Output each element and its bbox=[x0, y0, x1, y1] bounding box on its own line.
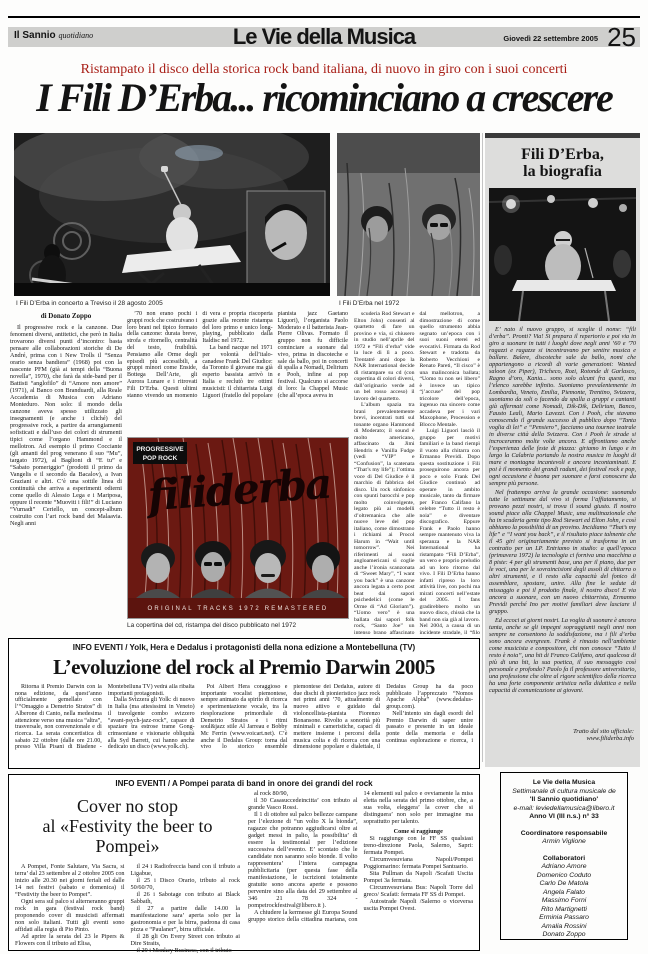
masthead-email: e-mail: leviedellamusica@libero.it bbox=[501, 805, 627, 814]
biography-text: E’ nato il nuovo gruppo, si sceglie il n… bbox=[489, 326, 636, 726]
article-text-left: Il progressive rock e la canzone. Due fe… bbox=[10, 324, 122, 527]
byline: di Donato Zoppo bbox=[10, 313, 122, 320]
biography-box: Fili D’Erba, la biografia E’ nato i bbox=[485, 133, 640, 767]
pompei-info-bar: INFO EVENTI / A Pompei parata di band in… bbox=[9, 775, 479, 788]
article-column-middle: ’70 non erano pochi i gruppi rock che co… bbox=[127, 311, 348, 435]
cover-badge-line2: POP ROCK bbox=[143, 455, 178, 462]
masthead-paper: 'Il Sannio quotidiano' bbox=[501, 796, 627, 805]
concert-photo-art bbox=[14, 133, 330, 296]
darwin-info-bar: INFO EVENTI / Yolk, Hera e Dedalus i pro… bbox=[9, 639, 479, 652]
directions-list: Si raggiunge con le FF SS qualsiasi tren… bbox=[364, 835, 474, 912]
coordinator-label: Coordinatore responsabile bbox=[501, 830, 627, 839]
collaborator-name: Adriano Amore bbox=[501, 863, 627, 872]
band-1972-photo-art bbox=[337, 133, 480, 296]
darwin-headline: L’evoluzione del rock al Premio Darwin 2… bbox=[9, 655, 479, 680]
biography-title-line2: la biografia bbox=[485, 163, 640, 180]
album-cover-caption: La copertina del cd, ristampa del disco … bbox=[127, 622, 357, 629]
cover-badge-line1: PROGRESSIVE bbox=[136, 446, 184, 453]
directions-title: Come si raggiunge bbox=[364, 828, 474, 835]
collaborator-name: Donato Zoppo bbox=[501, 931, 627, 940]
main-headline: I Fili D’Erba... ricominciano a crescere bbox=[0, 74, 648, 121]
collaborator-name: Carlo De Matola bbox=[501, 880, 627, 889]
band-photo-caption: I Fili D’Erba nel 1972 bbox=[339, 300, 399, 307]
masthead-subtitle: Settimanale di cultura musicale de bbox=[501, 788, 627, 797]
pompei-headline-line2: al «Festivity the beer to Pompei» bbox=[15, 816, 240, 856]
darwin-body: Ritorna il Premio Darwin con la nona edi… bbox=[15, 684, 473, 756]
pompei-headline-line1: Cover no stop bbox=[15, 796, 240, 816]
collaborator-name: Erminia Passaro bbox=[501, 914, 627, 923]
biography-credit: Tratto dal sito ufficiale: www.filiderba… bbox=[491, 728, 634, 742]
biography-photo bbox=[489, 188, 636, 321]
biography-credit-url: www.filiderba.info bbox=[491, 735, 634, 742]
coordinator-name: Armin Viglione bbox=[501, 838, 627, 847]
pompei-event-box: INFO EVENTI / A Pompei parata di band in… bbox=[8, 774, 480, 951]
article-column-right: scuderia Rod Stewart e Elton John) conse… bbox=[354, 311, 480, 637]
collaborator-name: Rito Martignetti bbox=[501, 906, 627, 915]
concert-photo-caption: I Fili D’Erba in concerto a Treviso il 2… bbox=[16, 300, 163, 307]
cover-bottom-text: ORIGINAL TRACKS 1972 REMASTERED bbox=[148, 606, 329, 612]
collaborator-name: Massimo Forni bbox=[501, 897, 627, 906]
article-column-left: di Donato Zoppo Il progressive rock e la… bbox=[10, 311, 122, 579]
page-number: 25 bbox=[607, 22, 636, 53]
masthead-box: Le Vie della Musica Settimanale di cultu… bbox=[500, 772, 628, 940]
pompei-headline: Cover no stop al «Festivity the beer to … bbox=[15, 796, 240, 856]
pompei-left-half: Cover no stop al «Festivity the beer to … bbox=[15, 790, 240, 954]
collaborator-name: Domenico Coduto bbox=[501, 872, 627, 881]
concert-photo bbox=[14, 133, 330, 296]
album-cover-art: PROGRESSIVE POP ROCK filiderba ORIGINAL … bbox=[128, 438, 348, 618]
collaborator-name: Amalia Rossini bbox=[501, 923, 627, 932]
column-divider bbox=[482, 133, 483, 762]
collaborators-label: Collaboratori bbox=[501, 855, 627, 864]
album-cover: PROGRESSIVE POP ROCK filiderba ORIGINAL … bbox=[127, 437, 349, 619]
biography-photo-art bbox=[489, 188, 636, 321]
pompei-left-text: A Pompei, Fonte Salutare, Via Sacra, si … bbox=[15, 863, 240, 954]
masthead-title: Le Vie della Musica bbox=[501, 779, 627, 788]
darwin-paragraphs: Ritorna il Premio Darwin con la nona edi… bbox=[15, 684, 473, 756]
masthead-issue: Anno VI (III n.s.) n° 33 bbox=[501, 813, 627, 822]
band-1972-photo bbox=[337, 133, 480, 296]
pompei-right-text: al rock 80/90,il 30 Casasuccedeincitta’ … bbox=[248, 790, 473, 942]
biography-title-line1: Fili D’Erba, bbox=[485, 146, 640, 163]
newspaper-page: Il Sannio quotidiano Le Vie della Musica… bbox=[0, 0, 648, 954]
darwin-event-box: INFO EVENTI / Yolk, Hera e Dedalus i pro… bbox=[8, 638, 480, 769]
top-rule bbox=[8, 16, 640, 18]
biography-credit-line1: Tratto dal sito ufficiale: bbox=[491, 728, 634, 735]
biography-title: Fili D’Erba, la biografia bbox=[485, 146, 640, 180]
collaborator-name: Angela Falato bbox=[501, 889, 627, 898]
issue-date: Giovedì 22 settembre 2005 bbox=[503, 34, 598, 43]
